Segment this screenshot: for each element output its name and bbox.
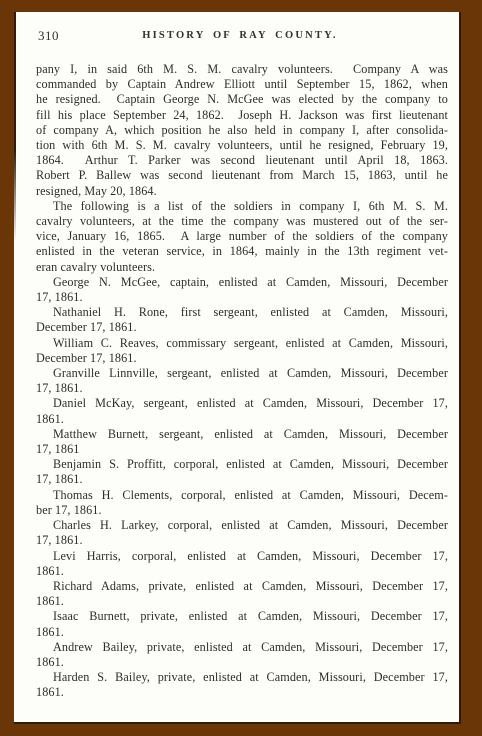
text-line: 1861. [36, 412, 448, 427]
text-line: eran cavalry volunteers. [36, 260, 448, 275]
paragraph: Granville Linnville, sergeant, enlisted … [36, 366, 448, 396]
text-line: 1861. [36, 564, 448, 579]
text-line: 1864. Arthur T. Parker was second lieute… [36, 153, 448, 168]
text-line: fill his place September 24, 1862. Josep… [36, 108, 448, 123]
paragraph: Isaac Burnett, private, enlisted at Camd… [36, 609, 448, 639]
paragraph: Thomas H. Clements, corporal, enlisted a… [36, 488, 448, 518]
text-line: cavalry volunteers, at the time the comp… [36, 214, 448, 229]
text-line: 1861. [36, 625, 448, 640]
paragraph: Benjamin S. Proffitt, corporal, enlisted… [36, 457, 448, 487]
text-line: 17, 1861. [36, 472, 448, 487]
text-line: ber 17, 1861. [36, 503, 448, 518]
text-line: 17, 1861. [36, 381, 448, 396]
text-line: Charles H. Larkey, corporal, enlisted at… [36, 518, 448, 533]
text-line: pany I, in said 6th M. S. M. cavalry vol… [36, 62, 448, 77]
paragraph: Daniel McKay, sergeant, enlisted at Camd… [36, 396, 448, 426]
text-line: 17, 1861 [36, 442, 448, 457]
page-body: pany I, in said 6th M. S. M. cavalry vol… [36, 62, 448, 701]
text-line: Matthew Burnett, sergeant, enlisted at C… [36, 427, 448, 442]
text-line: commanded by Captain Andrew Elliott unti… [36, 77, 448, 92]
text-line: Benjamin S. Proffitt, corporal, enlisted… [36, 457, 448, 472]
page-header: 310 HISTORY OF RAY COUNTY. [36, 28, 444, 44]
text-line: of company A, which position he also hel… [36, 123, 448, 138]
text-line: 1861. [36, 685, 448, 700]
text-line: Granville Linnville, sergeant, enlisted … [36, 366, 448, 381]
paragraph: Harden S. Bailey, private, enlisted at C… [36, 670, 448, 700]
text-line: Harden S. Bailey, private, enlisted at C… [36, 670, 448, 685]
page-edge-shadow [14, 12, 16, 242]
text-line: vice, January 16, 1865. A large number o… [36, 229, 448, 244]
paragraph: George N. McGee, captain, enlisted at Ca… [36, 275, 448, 305]
text-line: enlisted in the veteran service, in 1864… [36, 244, 448, 259]
text-line: tion with 6th M. S. M. cavalry volunteer… [36, 138, 448, 153]
text-line: Daniel McKay, sergeant, enlisted at Camd… [36, 396, 448, 411]
text-line: 17, 1861. [36, 533, 448, 548]
paragraph: The following is a list of the soldiers … [36, 199, 448, 275]
paragraph: Andrew Bailey, private, enlisted at Camd… [36, 640, 448, 670]
paragraph: Levi Harris, corporal, enlisted at Camde… [36, 549, 448, 579]
paragraph: William C. Reaves, commissary sergeant, … [36, 336, 448, 366]
scanned-book-photo: { "document": { "page_number": "310", "r… [0, 0, 482, 736]
text-line: William C. Reaves, commissary sergeant, … [36, 336, 448, 351]
text-line: resigned, May 20, 1864. [36, 184, 448, 199]
paragraph: Nathaniel H. Rone, first sergeant, enlis… [36, 305, 448, 335]
paragraph: Charles H. Larkey, corporal, enlisted at… [36, 518, 448, 548]
text-line: Levi Harris, corporal, enlisted at Camde… [36, 549, 448, 564]
text-line: Robert P. Ballew was second lieutenant f… [36, 168, 448, 183]
text-line: 1861. [36, 655, 448, 670]
text-line: December 17, 1861. [36, 351, 448, 366]
text-line: Andrew Bailey, private, enlisted at Camd… [36, 640, 448, 655]
text-line: he resigned. Captain George N. McGee was… [36, 92, 448, 107]
paragraph: pany I, in said 6th M. S. M. cavalry vol… [36, 62, 448, 199]
text-line: Nathaniel H. Rone, first sergeant, enlis… [36, 305, 448, 320]
text-line: December 17, 1861. [36, 320, 448, 335]
text-line: Richard Adams, private, enlisted at Camd… [36, 579, 448, 594]
text-line: George N. McGee, captain, enlisted at Ca… [36, 275, 448, 290]
text-line: The following is a list of the soldiers … [36, 199, 448, 214]
text-line: 1861. [36, 594, 448, 609]
running-header: HISTORY OF RAY COUNTY. [36, 30, 444, 41]
text-line: 17, 1861. [36, 290, 448, 305]
scanned-page: 310 HISTORY OF RAY COUNTY. pany I, in sa… [14, 12, 461, 724]
text-line: Thomas H. Clements, corporal, enlisted a… [36, 488, 448, 503]
text-line: Isaac Burnett, private, enlisted at Camd… [36, 609, 448, 624]
paragraph: Richard Adams, private, enlisted at Camd… [36, 579, 448, 609]
paragraph: Matthew Burnett, sergeant, enlisted at C… [36, 427, 448, 457]
